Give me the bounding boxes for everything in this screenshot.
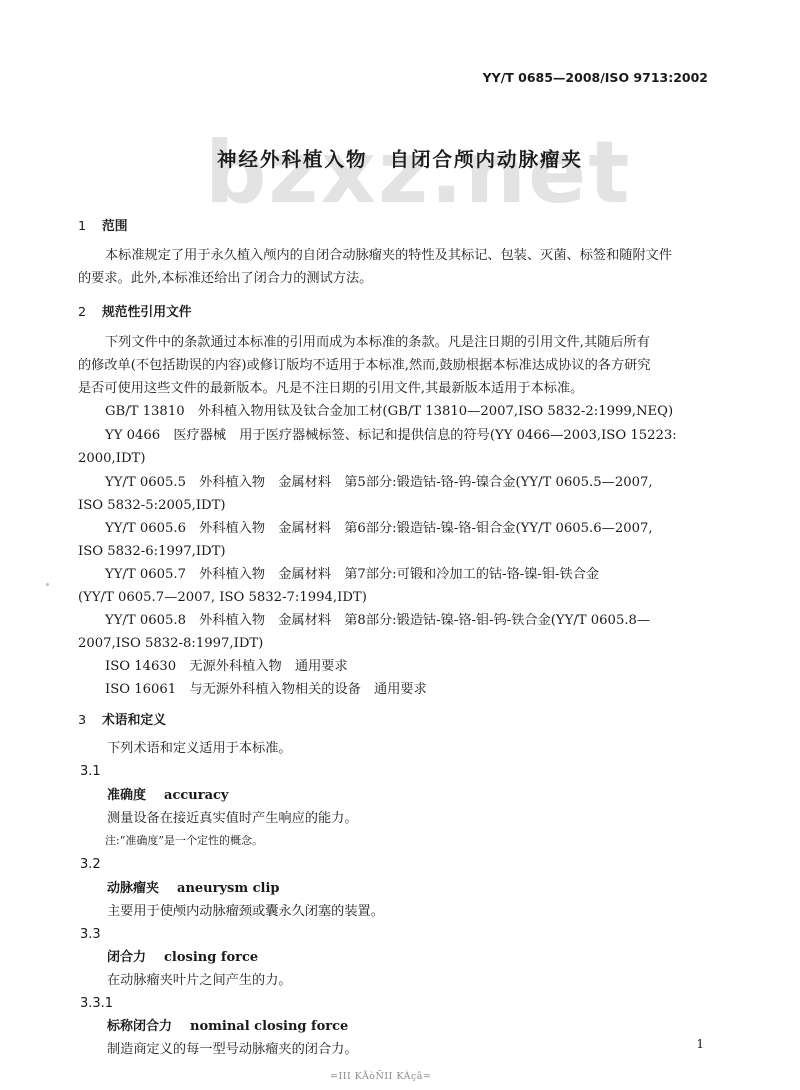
reference-gbt-13810: GB/T 13810 外科植入物用钛及钛合金加工材(GB/T 13810—200…	[105, 403, 673, 421]
section-2-para-line-1: 下列文件中的条款通过本标准的引用而成为本标准的条款。凡是注日期的引用文件,其随后…	[105, 334, 650, 352]
section-title: 范围	[102, 219, 128, 234]
term-zh: 标称闭合力	[107, 1019, 172, 1034]
clause-3-2-number: 3.2	[80, 856, 101, 874]
title-part1: 神经外科植入物	[217, 148, 368, 171]
section-number: 2	[78, 304, 102, 322]
reference-yyt-0605-8: YY/T 0605.8 外科植入物 金属材料 第8部分:锻造钴-镍-铬-钼-钨-…	[105, 612, 650, 630]
term-closing-force: 闭合力closing force	[107, 949, 258, 967]
term-closing-force-definition: 在动脉瘤夹叶片之间产生的力。	[107, 972, 292, 990]
section-1-heading: 1范围	[78, 218, 128, 236]
watermark: bzxz.net	[205, 130, 631, 216]
reference-yyt-0605-7-cont: (YY/T 0605.7—2007, ISO 5832-7:1994,IDT)	[78, 589, 367, 607]
section-number: 1	[78, 218, 102, 236]
term-aneurysm-clip: 动脉瘤夹aneurysm clip	[107, 880, 280, 898]
term-zh: 闭合力	[107, 950, 146, 965]
term-accuracy-definition: 测量设备在接近真实值时产生响应的能力。	[107, 810, 358, 828]
document-title: 神经外科植入物自闭合颅内动脉瘤夹	[0, 144, 800, 172]
reference-iso-14630: ISO 14630 无源外科植入物 通用要求	[105, 658, 348, 676]
title-part2: 自闭合颅内动脉瘤夹	[390, 148, 584, 171]
term-accuracy-note: 注:“准确度”是一个定性的概念。	[105, 832, 263, 850]
clause-3-3-number: 3.3	[80, 926, 101, 944]
term-en: nominal closing force	[190, 1019, 348, 1034]
section-2-heading: 2规范性引用文件	[78, 304, 192, 322]
reference-yyt-0605-5-cont: ISO 5832-5:2005,IDT)	[78, 497, 226, 515]
term-zh: 动脉瘤夹	[107, 881, 159, 896]
reference-yy-0466-cont: 2000,IDT)	[78, 450, 145, 468]
term-en: closing force	[164, 950, 258, 965]
section-1-para-line-2: 的要求。此外,本标准还给出了闭合力的测试方法。	[78, 270, 372, 288]
reference-yy-0466: YY 0466 医疗器械 用于医疗器械标签、标记和提供信息的符号(YY 0466…	[105, 427, 677, 445]
term-zh: 准确度	[107, 788, 146, 803]
section-3-intro: 下列术语和定义适用于本标准。	[107, 740, 292, 758]
section-1-para-line-1: 本标准规定了用于永久植入颅内的自闭合动脉瘤夹的特性及其标记、包装、灭菌、标签和随…	[105, 247, 672, 265]
term-en: aneurysm clip	[177, 881, 279, 896]
section-title: 术语和定义	[102, 713, 166, 728]
section-2-para-line-3: 是否可使用这些文件的最新版本。凡是不注日期的引用文件,其最新版本适用于本标准。	[78, 380, 583, 398]
section-3-heading: 3术语和定义	[78, 712, 166, 730]
page-number: 1	[696, 1037, 704, 1051]
clause-3-3-1-number: 3.3.1	[80, 995, 113, 1013]
section-2-para-line-2: 的修改单(不包括勘误的内容)或修订版均不适用于本标准,然而,鼓励根据本标准达成协…	[78, 357, 651, 375]
term-en: accuracy	[164, 788, 228, 803]
reference-yyt-0605-5: YY/T 0605.5 外科植入物 金属材料 第5部分:锻造钴-铬-钨-镍合金(…	[105, 474, 653, 492]
term-accuracy: 准确度accuracy	[107, 787, 228, 805]
term-nominal-closing-force-definition: 制造商定义的每一型号动脉瘤夹的闭合力。	[107, 1041, 358, 1059]
term-aneurysm-clip-definition: 主要用于使颅内动脉瘤颈或囊永久闭塞的装置。	[107, 903, 384, 921]
reference-yyt-0605-7: YY/T 0605.7 外科植入物 金属材料 第7部分:可锻和冷加工的钴-铬-镍…	[105, 566, 599, 584]
footer-garbled-text: =ΙΙΙ KÃòÑΙΙ KÀçâ=	[330, 1071, 431, 1082]
reference-iso-16061: ISO 16061 与无源外科植入物相关的设备 通用要求	[105, 681, 427, 699]
clause-3-1-number: 3.1	[80, 763, 101, 781]
reference-yyt-0605-6-cont: ISO 5832-6:1997,IDT)	[78, 543, 226, 561]
section-title: 规范性引用文件	[102, 305, 192, 320]
document-page: YY/T 0685—2008/ISO 9713:2002 bzxz.net 神经…	[0, 0, 800, 1090]
scan-speck	[46, 583, 49, 586]
term-nominal-closing-force: 标称闭合力nominal closing force	[107, 1018, 348, 1036]
standard-id: YY/T 0685—2008/ISO 9713:2002	[483, 70, 708, 85]
section-number: 3	[78, 712, 102, 730]
reference-yyt-0605-8-cont: 2007,ISO 5832-8:1997,IDT)	[78, 635, 263, 653]
reference-yyt-0605-6: YY/T 0605.6 外科植入物 金属材料 第6部分:锻造钴-镍-铬-钼合金(…	[105, 520, 653, 538]
